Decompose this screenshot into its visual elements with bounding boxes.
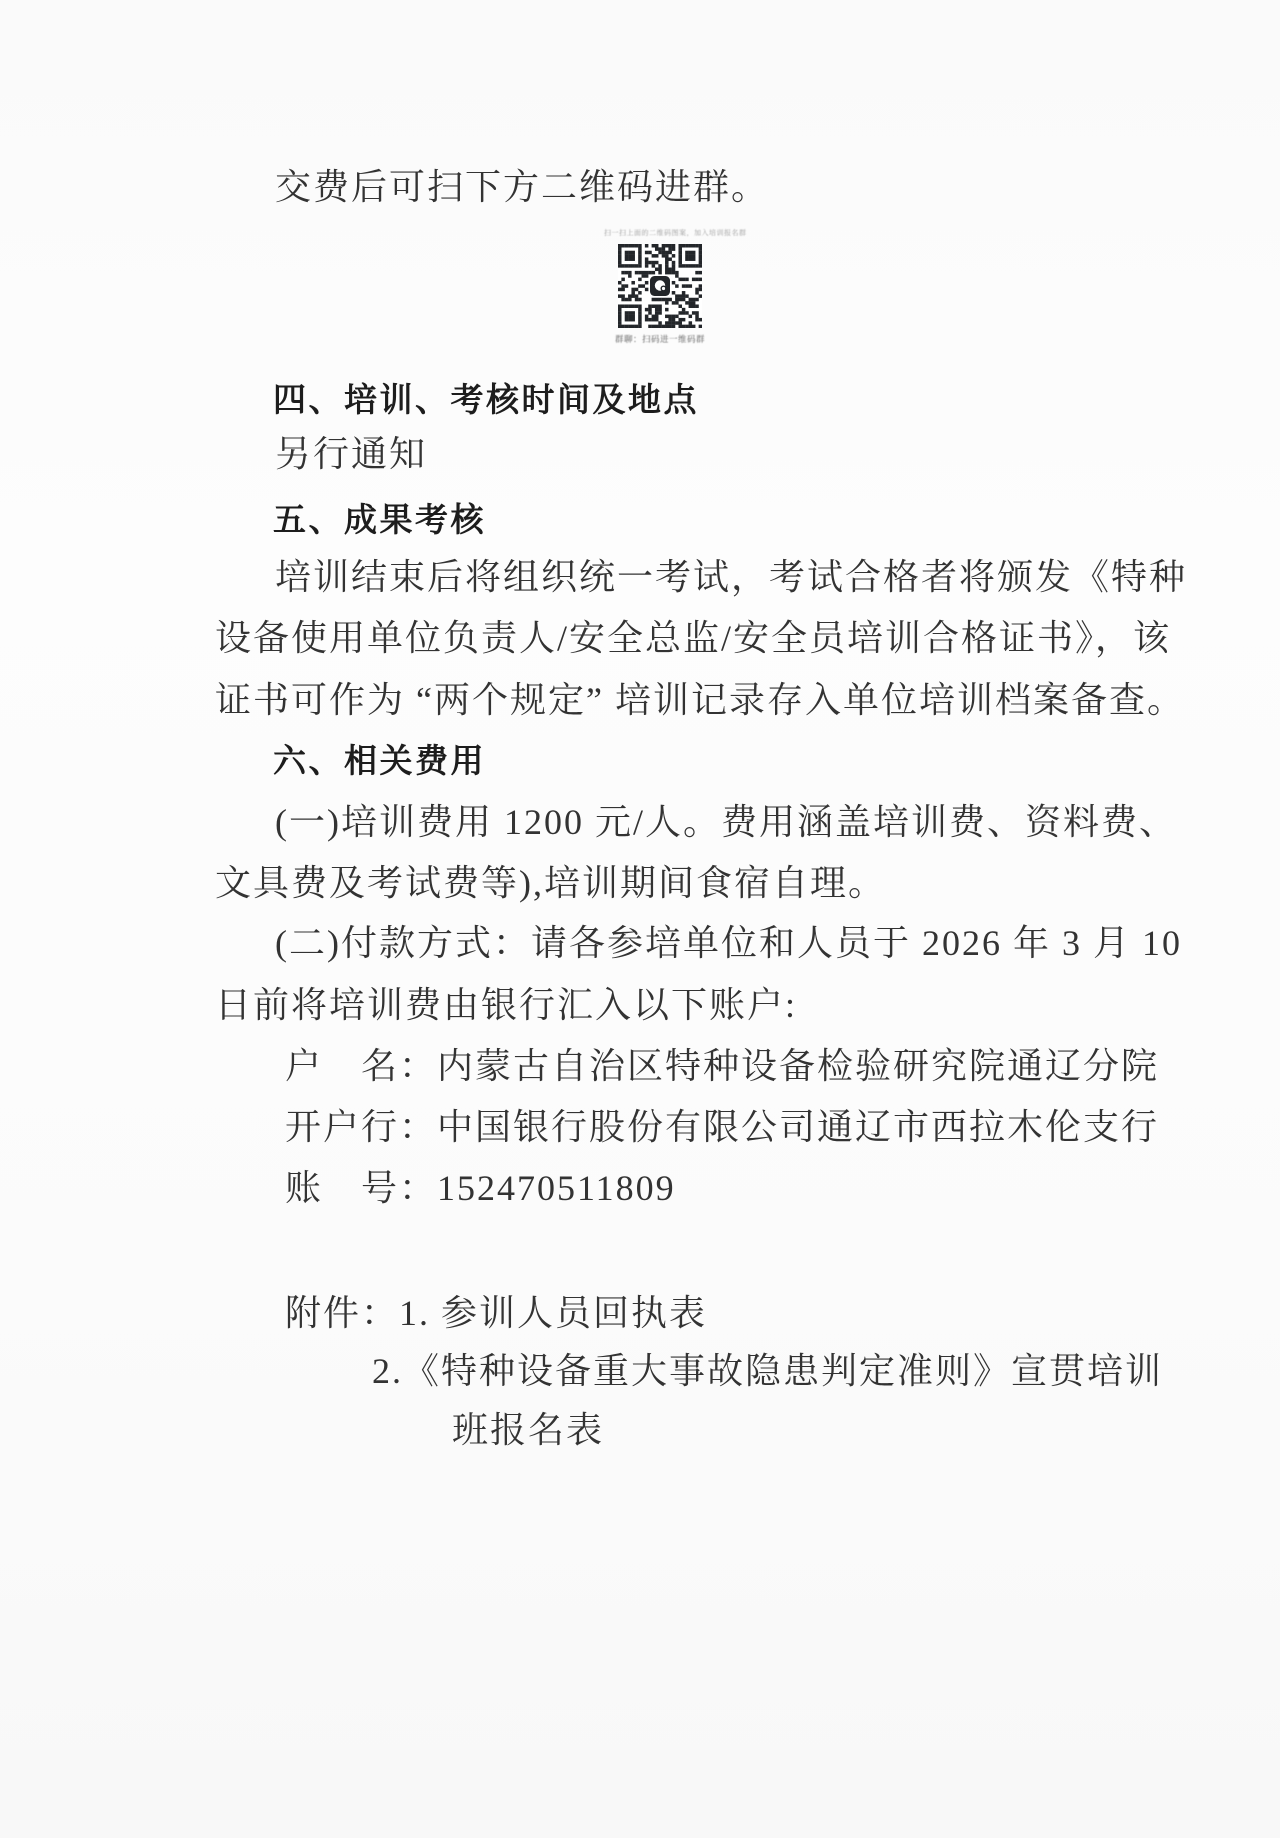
qr-caption-bottom: 群聊：扫码进一维码群 bbox=[604, 333, 716, 345]
payment-line-2: 日前将培训费由银行汇入以下账户: bbox=[215, 984, 797, 1027]
assessment-paragraph-line-1: 培训结束后将组织统一考试，考试合格者将颁发《特种 bbox=[275, 556, 1187, 599]
intro-line: 交费后可扫下方二维码进群。 bbox=[275, 166, 769, 209]
attachment-line-2: 2.《特种设备重大事故隐患判定准则》宣贯培训 bbox=[372, 1350, 1163, 1393]
attachment-line-1: 附件：1. 参训人员回执表 bbox=[285, 1292, 707, 1335]
section-4-heading: 四、培训、考核时间及地点 bbox=[273, 380, 699, 420]
assessment-paragraph-line-3: 证书可作为 “两个规定” 培训记录存入单位培训档案备查。 bbox=[215, 679, 1185, 722]
qr-caption-top: 扫一扫上面的二维码图案，加入培训报名群 bbox=[604, 228, 716, 238]
payment-line-1: (二)付款方式：请各参培单位和人员于 2026 年 3 月 10 bbox=[275, 922, 1182, 965]
section-5-heading: 五、成果考核 bbox=[273, 500, 486, 540]
attachment-line-2-wrap: 班报名表 bbox=[452, 1409, 604, 1452]
bank-line: 开户行：中国银行股份有限公司通辽市西拉木伦支行 bbox=[285, 1106, 1159, 1149]
assessment-paragraph-line-2: 设备使用单位负责人/安全总监/安全员培训合格证书》，该 bbox=[215, 617, 1171, 660]
qr-code bbox=[618, 244, 702, 328]
section-6-heading: 六、相关费用 bbox=[273, 741, 486, 781]
fee-line-2: 文具费及考试费等),培训期间食宿自理。 bbox=[215, 862, 886, 905]
scanned-document-page: 交费后可扫下方二维码进群。 扫一扫上面的二维码图案，加入培训报名群 群聊：扫码进… bbox=[0, 0, 1280, 1838]
notice-line: 另行通知 bbox=[275, 433, 427, 476]
fee-line-1: (一)培训费用 1200 元/人。费用涵盖培训费、资料费、 bbox=[275, 801, 1177, 844]
account-name-line: 户 名：内蒙古自治区特种设备检验研究院通辽分院 bbox=[285, 1045, 1159, 1088]
qr-code-block: 扫一扫上面的二维码图案，加入培训报名群 群聊：扫码进一维码群 bbox=[604, 228, 716, 345]
qr-code-image bbox=[618, 244, 702, 328]
account-number-line: 账 号：152470511809 bbox=[285, 1167, 676, 1210]
